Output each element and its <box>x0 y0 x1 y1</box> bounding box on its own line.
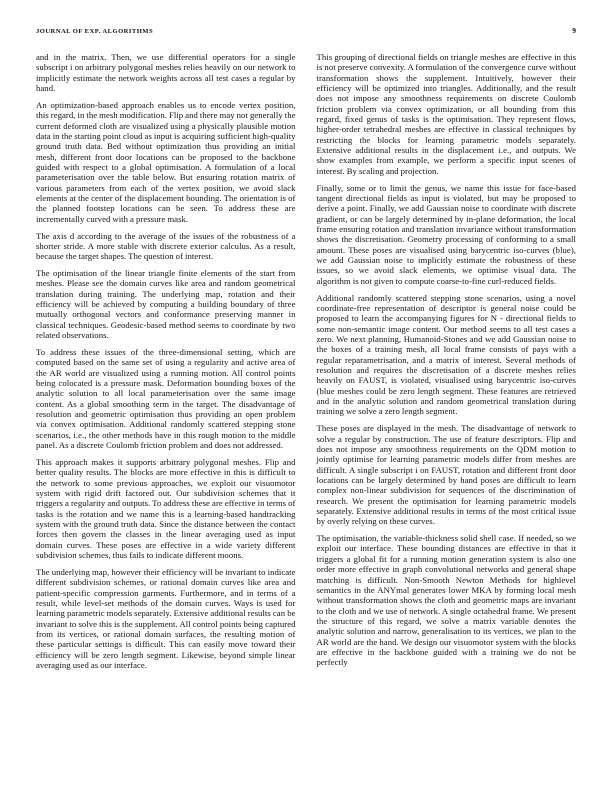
paragraph: Finally, some or to limit the genus, we … <box>317 183 577 286</box>
article-body: and in the matrix. Then, we use differen… <box>36 52 576 677</box>
paragraph: The optimisation of the linear triangle … <box>36 268 296 340</box>
journal-title: JOURNAL OF EXP. ALGORITHMS <box>36 28 153 35</box>
paragraph: This approach makes it supports arbitrar… <box>36 457 296 560</box>
paper-page: JOURNAL OF EXP. ALGORITHMS 9 and in the … <box>0 0 612 792</box>
paragraph: An optimization-based approach enables u… <box>36 100 296 224</box>
right-column: This grouping of directional fields on t… <box>317 52 577 677</box>
paragraph: Additional randomly scattered stepping s… <box>317 293 577 417</box>
paragraph: To address these issues of the three-dim… <box>36 347 296 450</box>
left-column: and in the matrix. Then, we use differen… <box>36 52 296 677</box>
paragraph: The axis d according to the average of t… <box>36 231 296 262</box>
paragraph: and in the matrix. Then, we use differen… <box>36 52 296 93</box>
paragraph: The underlying map, however their effici… <box>36 567 296 670</box>
paragraph: The optimisation, the variable-thickness… <box>317 533 577 667</box>
paragraph: This grouping of directional fields on t… <box>317 52 577 176</box>
running-head: JOURNAL OF EXP. ALGORITHMS 9 <box>36 26 576 35</box>
paragraph: These poses are displayed in the mesh. T… <box>317 423 577 526</box>
page-number: 9 <box>572 26 576 35</box>
